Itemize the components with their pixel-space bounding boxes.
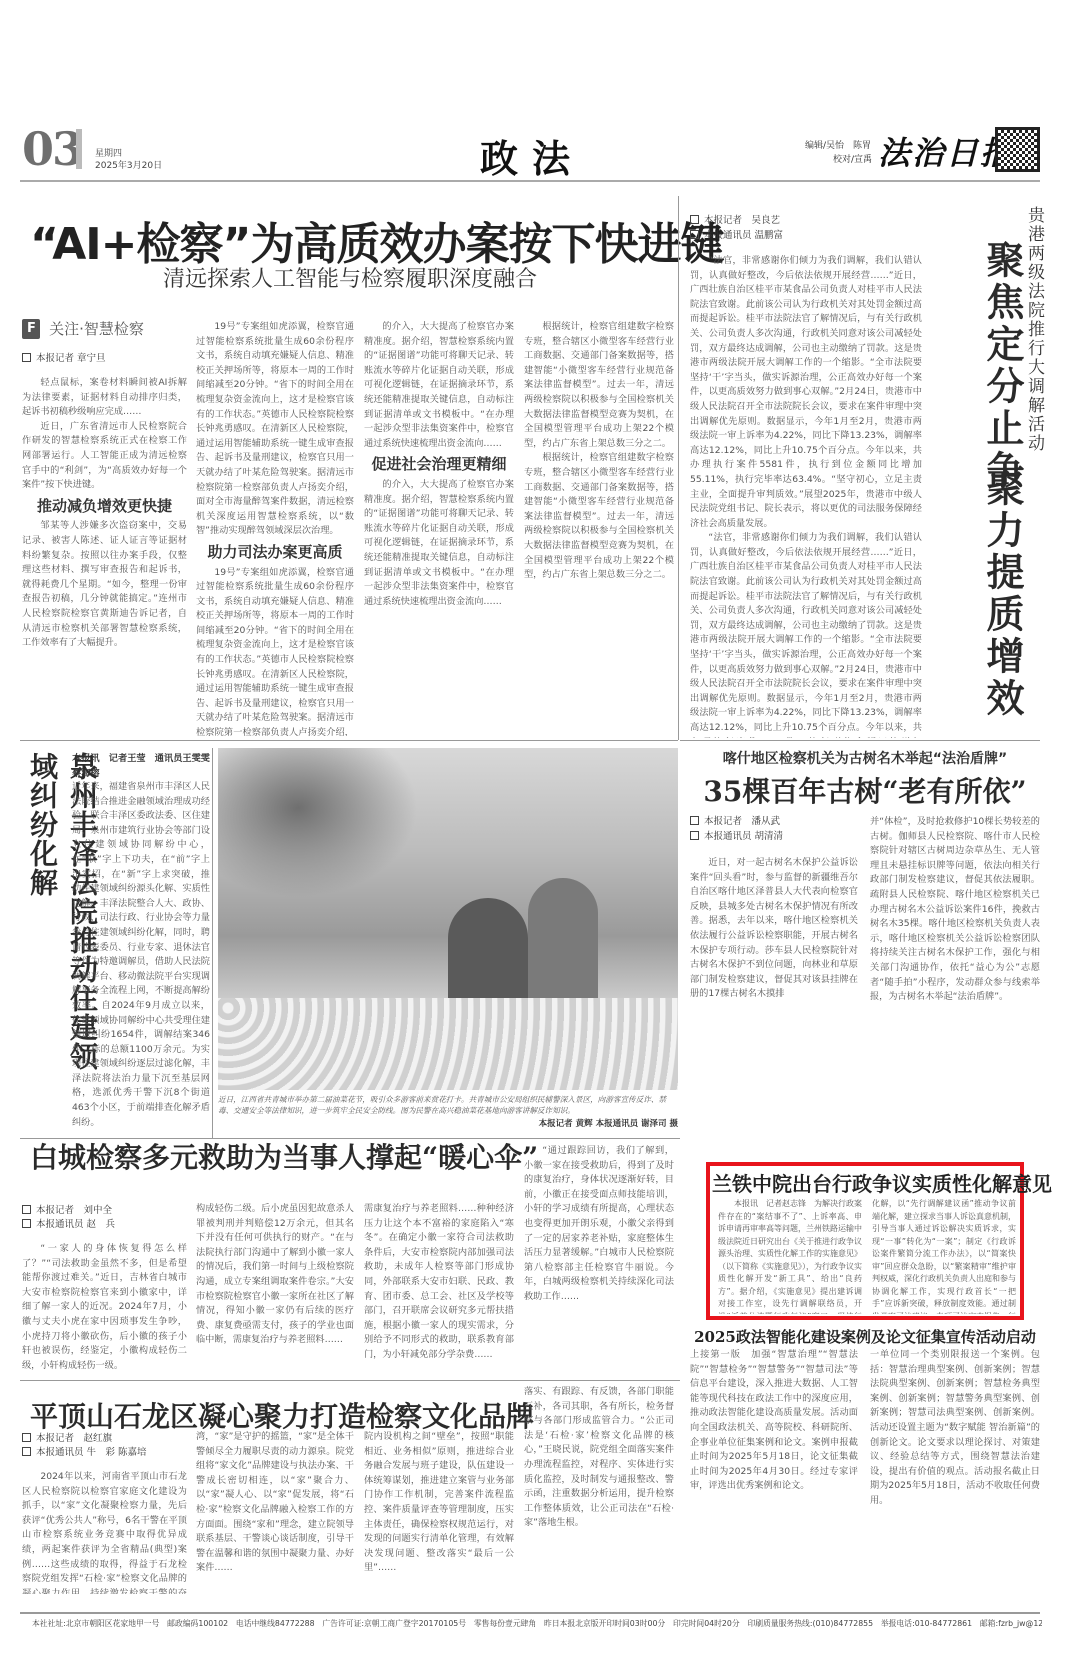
news-photo: [218, 748, 678, 1090]
ai-contest-headline: 2025政法智能化建设案例及论文征集宣传活动启动: [690, 1326, 1040, 1347]
footer-rule: [20, 1612, 1040, 1614]
guigang-byline-correspondent: 本报通讯员 温鹏富: [690, 229, 783, 243]
guigang-headline-2: 聚力提质增效: [975, 468, 1030, 720]
lanzhou-headline: 兰铁中院出台行政争议实质性化解意见: [712, 1168, 1018, 1197]
baicheng-body-col4: “通过跟踪回访，我们了解到，小徽一家在接受救助后，得到了及时的康复治疗，身体状况…: [524, 1144, 674, 1370]
guigang-byline-reporter: 本报记者 吴良艺: [690, 214, 780, 228]
pingdingshan-body-col2: 湾，“家”是守护的摇篮，“家”是全体干警倾尽全力履职尽责的动力源泉。院党组将“家…: [196, 1430, 354, 1594]
baicheng-byline-reporter: 本报记者 刘中全: [22, 1204, 112, 1218]
section-head-1: 推动减负增效更快捷: [22, 499, 187, 514]
baicheng-body-col2: 构成轻伤二级。后小虎虽因犯故意杀人罪被判刑并判赔偿12万余元，但其名下并没有任何…: [196, 1202, 354, 1370]
baicheng-byline-correspondent: 本报通讯员 赵 兵: [22, 1218, 115, 1232]
newspaper-logo: 法治日报: [878, 128, 1014, 174]
pingdingshan-byline-correspondent: 本报通讯员 牛 彩 陈嘉培: [22, 1446, 147, 1460]
baicheng-body-col3: 需康复治疗与养老照料……种种经济压力让这个本不富裕的家庭陷入“寒冬”。在确定小徽…: [364, 1202, 514, 1370]
kashgar-byline-reporter: 本报记者 潘从武: [690, 815, 780, 829]
baicheng-headline: 白城检察多元救助为当事人撑起“暖心伞”: [30, 1136, 510, 1176]
kashgar-body-col1: 近日，对一起古树名木保护公益诉讼案件“回头看”时，参与监督的新疆维吾尔自治区喀什…: [690, 856, 858, 1146]
section-title: 政法: [480, 128, 584, 183]
lanzhou-body-col1: 本报讯 记者赵志锋 为解决行政案件存在的“案结事不了”、上诉率高、申诉申请再审率…: [718, 1198, 862, 1314]
editor-credit: 编辑/吴怡 陈胃: [805, 138, 871, 151]
kashgar-body-col2: 并“体检”，及时抢救修护10棵长势较差的古树。伽师县人民检察院、喀什市人民检察院…: [870, 815, 1040, 1145]
lead-col2: 19号”专案组如虎添翼，检察官通过智能检察系统批量生成60余份程序文书，系统自动…: [196, 320, 354, 736]
qr-code-icon: [995, 127, 1040, 172]
pingdingshan-byline-reporter: 本报记者 赵红旗: [22, 1432, 112, 1446]
issue-date: 2025年3月20日: [95, 158, 162, 171]
baicheng-bottom-rule: [20, 1380, 680, 1381]
photo-flowers: [218, 998, 678, 1090]
section-head-2: 助力司法办案更高质: [196, 545, 354, 560]
guigang-body: “法官，非常感谢你们倾力为我们调解，我们认错认罚，认真做好整改，今后依法依规开展…: [690, 254, 922, 738]
proofreader-credit: 校对/宣禹: [833, 152, 872, 165]
page-number-divider: [76, 129, 82, 169]
quanzhou-right-rule: [212, 748, 213, 1138]
lanzhou-body-col2: 化解，以“先行调解建议函”推动争议前端化解，建立探求当事人诉讼真意机制，引导当事…: [872, 1198, 1016, 1314]
ai-contest-body-col1: 上接第一版 加强“智慧治理”“智慧法院”“智慧检务”“智慧警务”“智慧司法”等信…: [690, 1348, 858, 1594]
lead-bottom-rule: [20, 740, 678, 741]
lead-col4: 根据统计，检察官组建数字检察专班，整合辖区小微型客车经营行业工商数据、交通部门备…: [524, 320, 674, 736]
baicheng-body-col1: “一家人的身体恢复得怎么样了？”“司法救助金虽然不多，但是希望能帮你渡过难关。”…: [22, 1242, 187, 1370]
lead-col3: 的介入，大大提高了检察官办案精准度。据介绍，智慧检察系统内置的“证据图谱”功能可…: [364, 320, 514, 736]
pingdingshan-body-col4: 落实、有跟踪、有反馈，各部门职能互补，各司其职，各有所长，检务督察与各部门形成监…: [524, 1385, 674, 1594]
ai-contest-body-col2: 一单位同一个类别限报送一个案例。包括：智慧治理典型案例、创新案例；智慧法院典型案…: [870, 1348, 1040, 1594]
masthead-rule: [20, 180, 1040, 182]
masthead: 03 星期四 2025年3月20日 政法 编辑/吴怡 陈胃 校对/宣禹 法治日报: [0, 100, 1080, 180]
quanzhou-byline: 本报讯 记者王莹 通讯员王雯雯 蔡海榕: [72, 752, 210, 780]
photo-credit: 本报记者 黄辉 本报通讯员 谢泽司 摄: [468, 1117, 678, 1129]
kashgar-headline: 35棵百年古树“老有所依”: [690, 770, 1040, 810]
pingdingshan-headline: 平顶山石龙区凝心聚力打造检察文化品牌: [30, 1395, 430, 1435]
photo-tree-shape: [218, 748, 418, 898]
column-tag-icon: F: [22, 319, 40, 339]
photo-caption: 近日，江西省共青城市举办第二届油菜花节，吸引众多游客前来赏花打卡。共青城市公安局…: [218, 1094, 678, 1116]
page-number: 03: [22, 122, 82, 176]
guigang-headline-1: 聚焦定分止争: [975, 240, 1030, 492]
pingdingshan-body-col3: 院内设机构之间“壁垒”，按照“职能相近、业务相似”原则，推进综合业务融合发展与班…: [364, 1430, 514, 1594]
column-tag: F 关注·智慧检察: [22, 318, 182, 342]
kashgar-kicker: 喀什地区检察机关为古树名木举起“法治盾牌”: [690, 748, 1040, 768]
lead-right-rule: [678, 196, 679, 740]
lead-col1: 轻点鼠标，案卷材料瞬间被AI拆解为法律要素，证据材料自动排序归类，起诉书初稿秒级…: [22, 376, 187, 736]
quanzhou-body: 近年来，福建省泉州市丰泽区人民法院结合推进金融领域治理成功经验，联合丰泽区委政法…: [72, 780, 210, 1140]
footer-info: 本社社址:北京市朝阳区花家地甲一号 邮政编码100102 电话中继线847722…: [32, 1618, 1042, 1629]
pingdingshan-body-col1: 2024年以来，河南省平顶山市石龙区人民检察院以检察官家庭文化建设为抓手，以“家…: [22, 1470, 187, 1594]
kashgar-byline-correspondent: 本报通讯员 胡清清: [690, 830, 783, 844]
lead-byline: 本报记者 章宁旦: [22, 352, 106, 366]
guigang-bottom-rule: [680, 740, 1040, 741]
column-tag-label: 关注·智慧检察: [49, 320, 144, 338]
section-head-3: 促进社会治理更精细: [364, 457, 514, 472]
lead-subheadline: 清远探索人工智能与检察履职深度融合: [120, 262, 580, 293]
